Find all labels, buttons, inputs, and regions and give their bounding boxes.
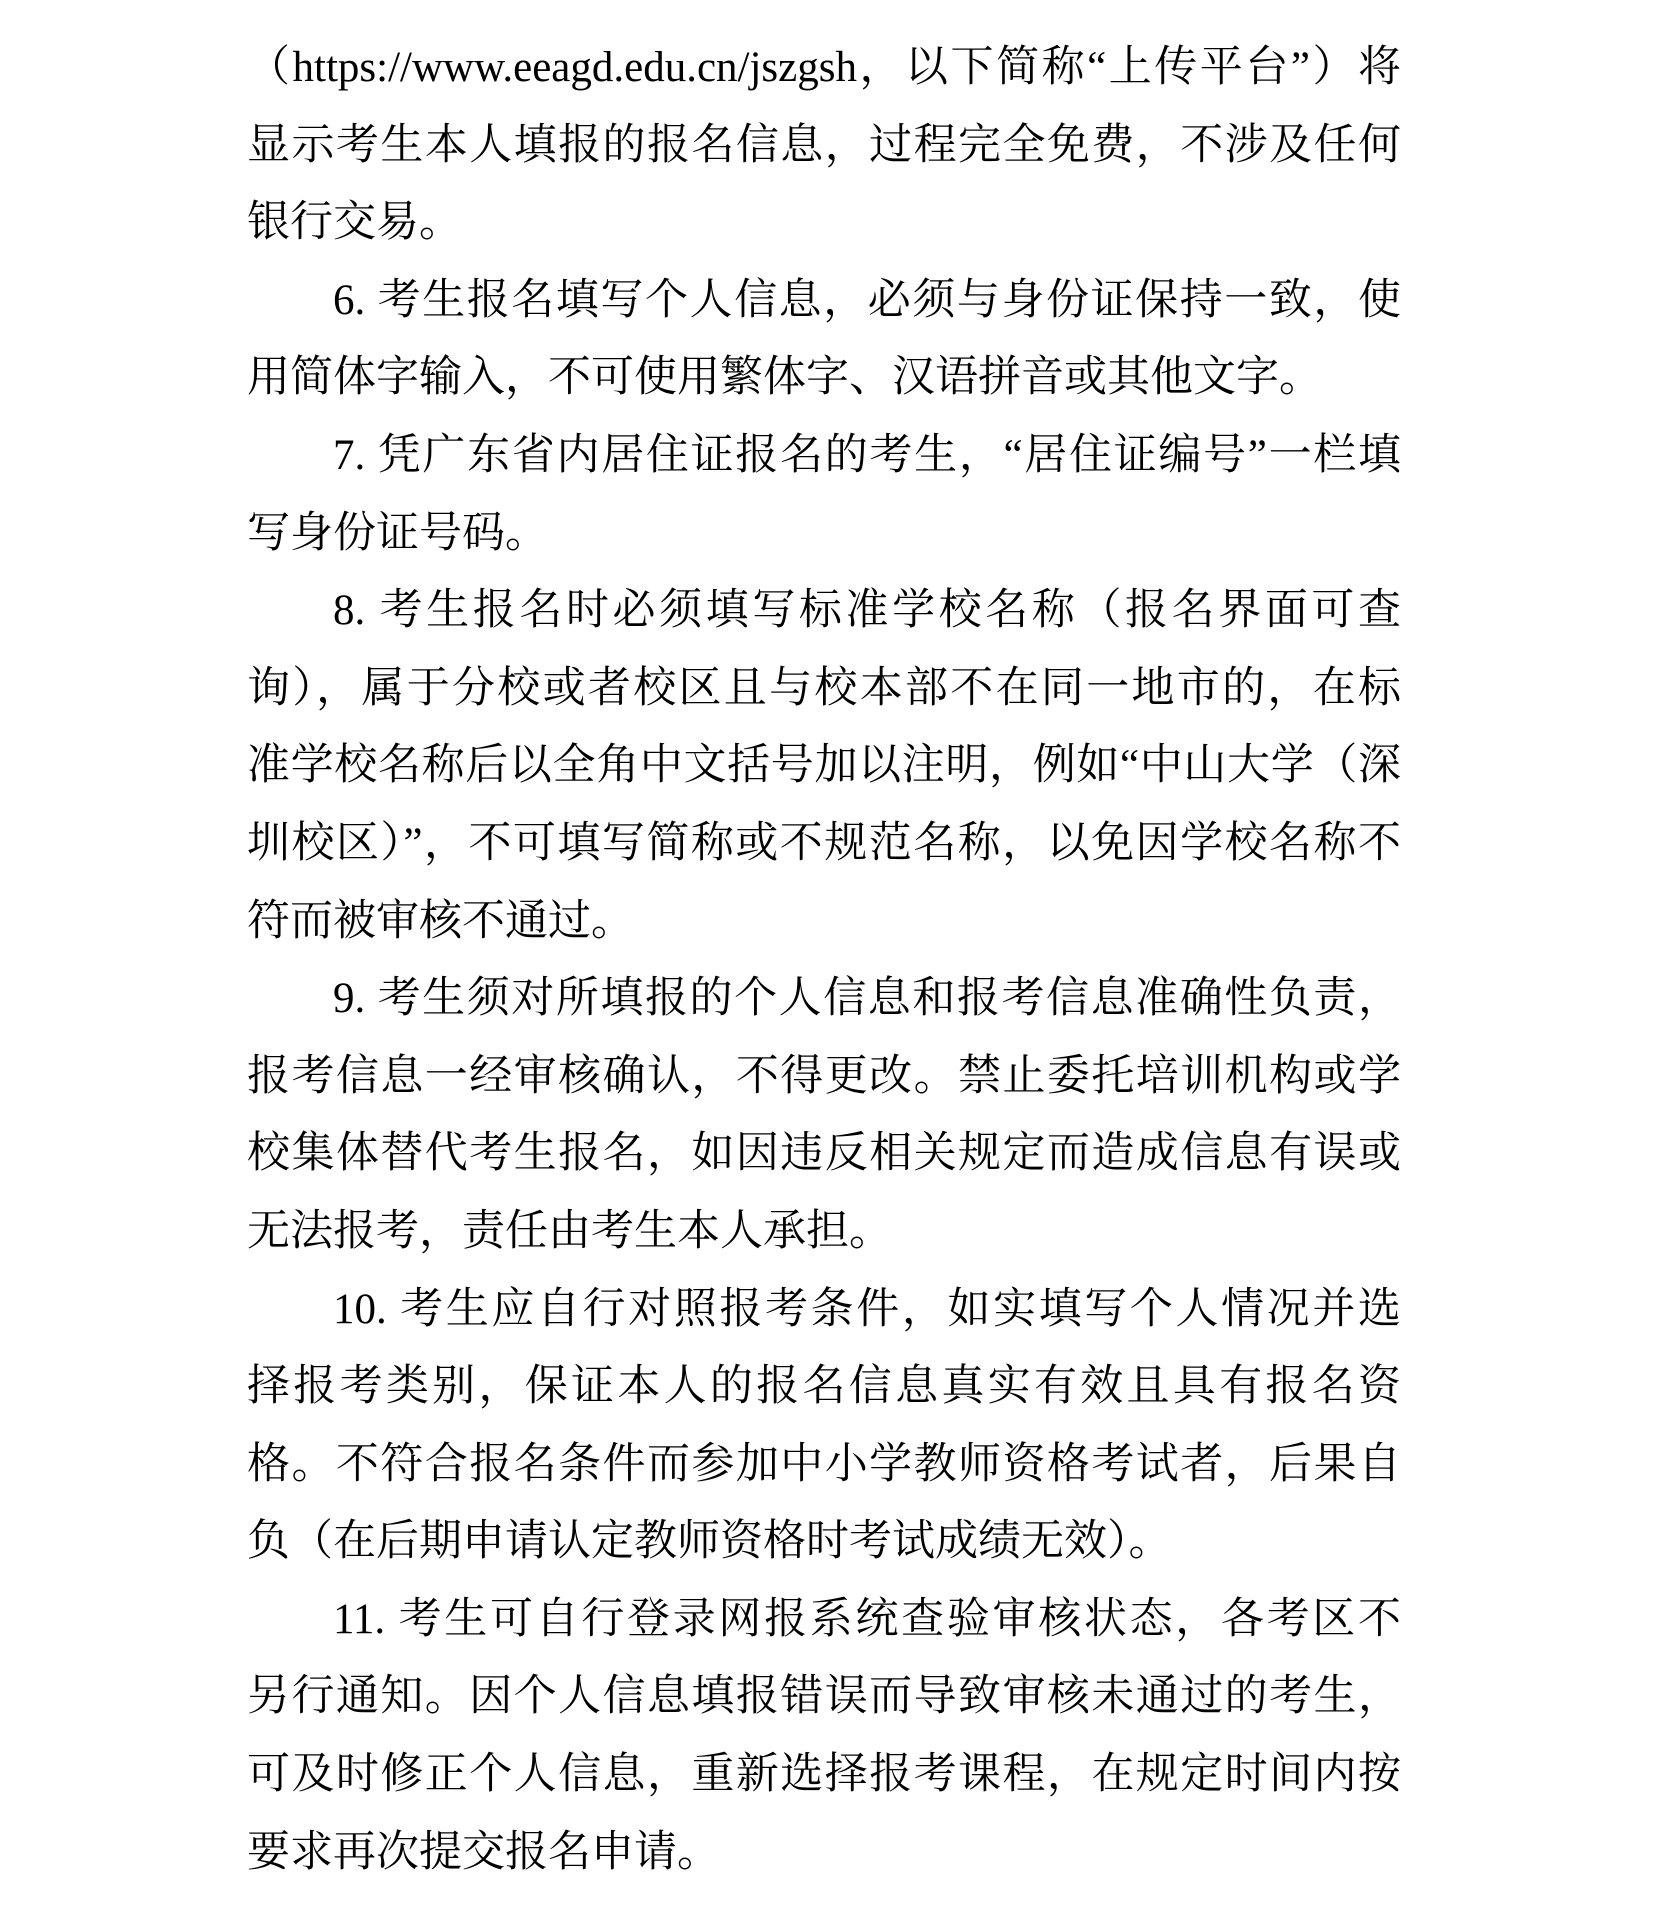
text-line: （https://www.eeagd.edu.cn/jszgsh，以下简称“上传… bbox=[247, 29, 1401, 107]
text-line: 显示考生本人填报的报名信息，过程完全免费，不涉及任何 bbox=[247, 107, 1401, 185]
text-line: 无法报考，责任由考生本人承担。 bbox=[247, 1193, 1401, 1271]
text-line: 询），属于分校或者校区且与校本部不在同一地市的，在标 bbox=[247, 650, 1401, 728]
document-body: （https://www.eeagd.edu.cn/jszgsh，以下简称“上传… bbox=[247, 29, 1401, 1891]
text-line: 11. 考生可自行登录网报系统查验审核状态，各考区不 bbox=[247, 1581, 1401, 1659]
text-line: 符而被审核不通过。 bbox=[247, 883, 1401, 961]
text-line: 8. 考生报名时必须填写标准学校名称（报名界面可查 bbox=[247, 572, 1401, 650]
text-line: 6. 考生报名填写个人信息，必须与身份证保持一致，使 bbox=[247, 262, 1401, 340]
text-line: 银行交易。 bbox=[247, 184, 1401, 262]
text-line: 负（在后期申请认定教师资格时考试成绩无效）。 bbox=[247, 1503, 1401, 1581]
text-line: 7. 凭广东省内居住证报名的考生，“居住证编号”一栏填 bbox=[247, 417, 1401, 495]
text-line: 9. 考生须对所填报的个人信息和报考信息准确性负责， bbox=[247, 960, 1401, 1038]
text-line: 准学校名称后以全角中文括号加以注明，例如“中山大学（深 bbox=[247, 727, 1401, 805]
text-line: 要求再次提交报名申请。 bbox=[247, 1814, 1401, 1892]
text-line: 写身份证号码。 bbox=[247, 495, 1401, 573]
text-line: 可及时修正个人信息，重新选择报考课程，在规定时间内按 bbox=[247, 1736, 1401, 1814]
text-line: 10. 考生应自行对照报考条件，如实填写个人情况并选 bbox=[247, 1271, 1401, 1349]
text-line: 校集体替代考生报名，如因违反相关规定而造成信息有误或 bbox=[247, 1115, 1401, 1193]
text-line: 报考信息一经审核确认，不得更改。禁止委托培训机构或学 bbox=[247, 1038, 1401, 1116]
document-page: （https://www.eeagd.edu.cn/jszgsh，以下简称“上传… bbox=[247, 29, 1401, 1891]
text-line: 择报考类别，保证本人的报名信息真实有效且具有报名资 bbox=[247, 1348, 1401, 1426]
text-line: 格。不符合报名条件而参加中小学教师资格考试者，后果自 bbox=[247, 1426, 1401, 1504]
text-line: 用简体字输入，不可使用繁体字、汉语拼音或其他文字。 bbox=[247, 339, 1401, 417]
text-line: 另行通知。因个人信息填报错误而导致审核未通过的考生， bbox=[247, 1658, 1401, 1736]
text-line: 圳校区）”，不可填写简称或不规范名称，以免因学校名称不 bbox=[247, 805, 1401, 883]
